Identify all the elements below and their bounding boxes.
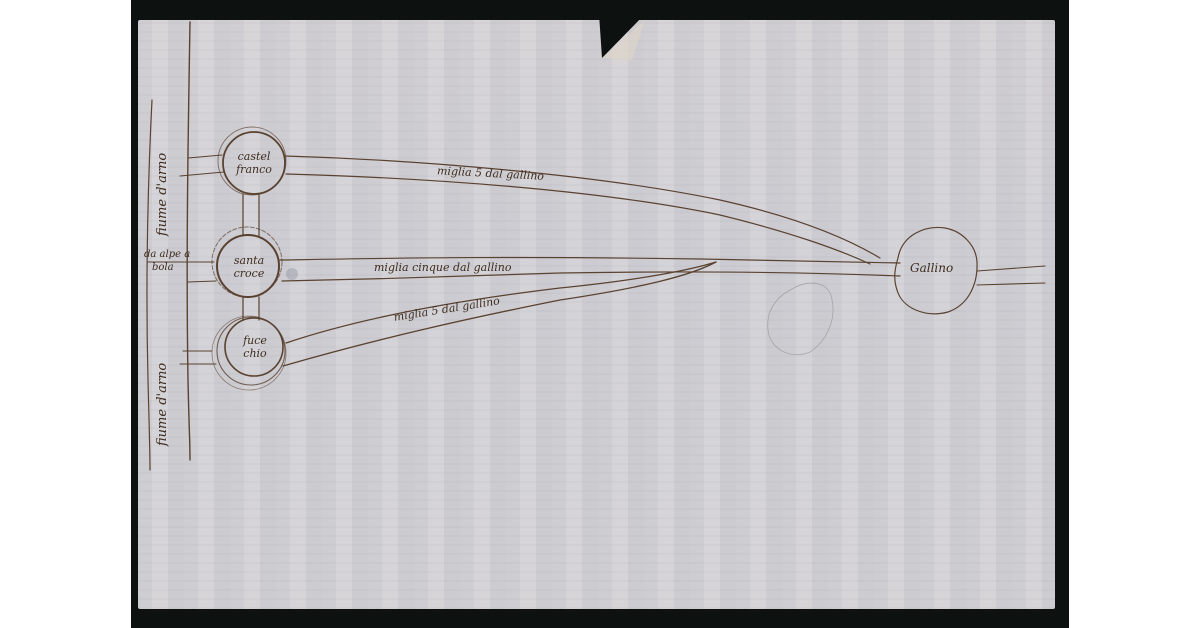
pencil-sketch — [768, 283, 833, 355]
map-drawing — [0, 0, 1200, 628]
town-label-gallino: Gallino — [910, 262, 953, 274]
road-fucecchio-upper — [286, 262, 716, 343]
town-label-santacroce: santa croce — [222, 254, 276, 280]
road-castelfranco-upper — [285, 156, 880, 258]
road-label-santacroce: miglia cinque dal gallino — [374, 262, 511, 273]
connector — [180, 172, 224, 176]
river-label-upper: fiume d'arno — [156, 153, 169, 236]
connector — [188, 281, 216, 282]
town-label-line: fuce — [228, 334, 282, 347]
river-label-lower: fiume d'arno — [156, 363, 169, 446]
river-bank-right — [187, 22, 190, 460]
road-east-lower — [977, 283, 1045, 285]
ink-stain — [286, 268, 298, 280]
road-castelfranco-lower — [286, 174, 870, 264]
town-label-line: castel — [227, 150, 281, 163]
river-bank-left — [147, 100, 152, 470]
town-label-line: franco — [227, 163, 281, 176]
road-santacroce-upper — [280, 257, 900, 263]
annotation-line2: bola — [152, 263, 174, 273]
town-label-fucecchio: fuce chio — [228, 334, 282, 360]
road-east-upper — [977, 266, 1045, 271]
town-label-castelfranco: castel franco — [227, 150, 281, 176]
annotation-line1: da alpe a — [144, 250, 190, 260]
connector — [188, 155, 222, 158]
town-label-line: croce — [222, 267, 276, 280]
town-label-line: santa — [222, 254, 276, 267]
town-label-line: chio — [228, 347, 282, 360]
road-fucecchio-lower — [283, 262, 716, 366]
